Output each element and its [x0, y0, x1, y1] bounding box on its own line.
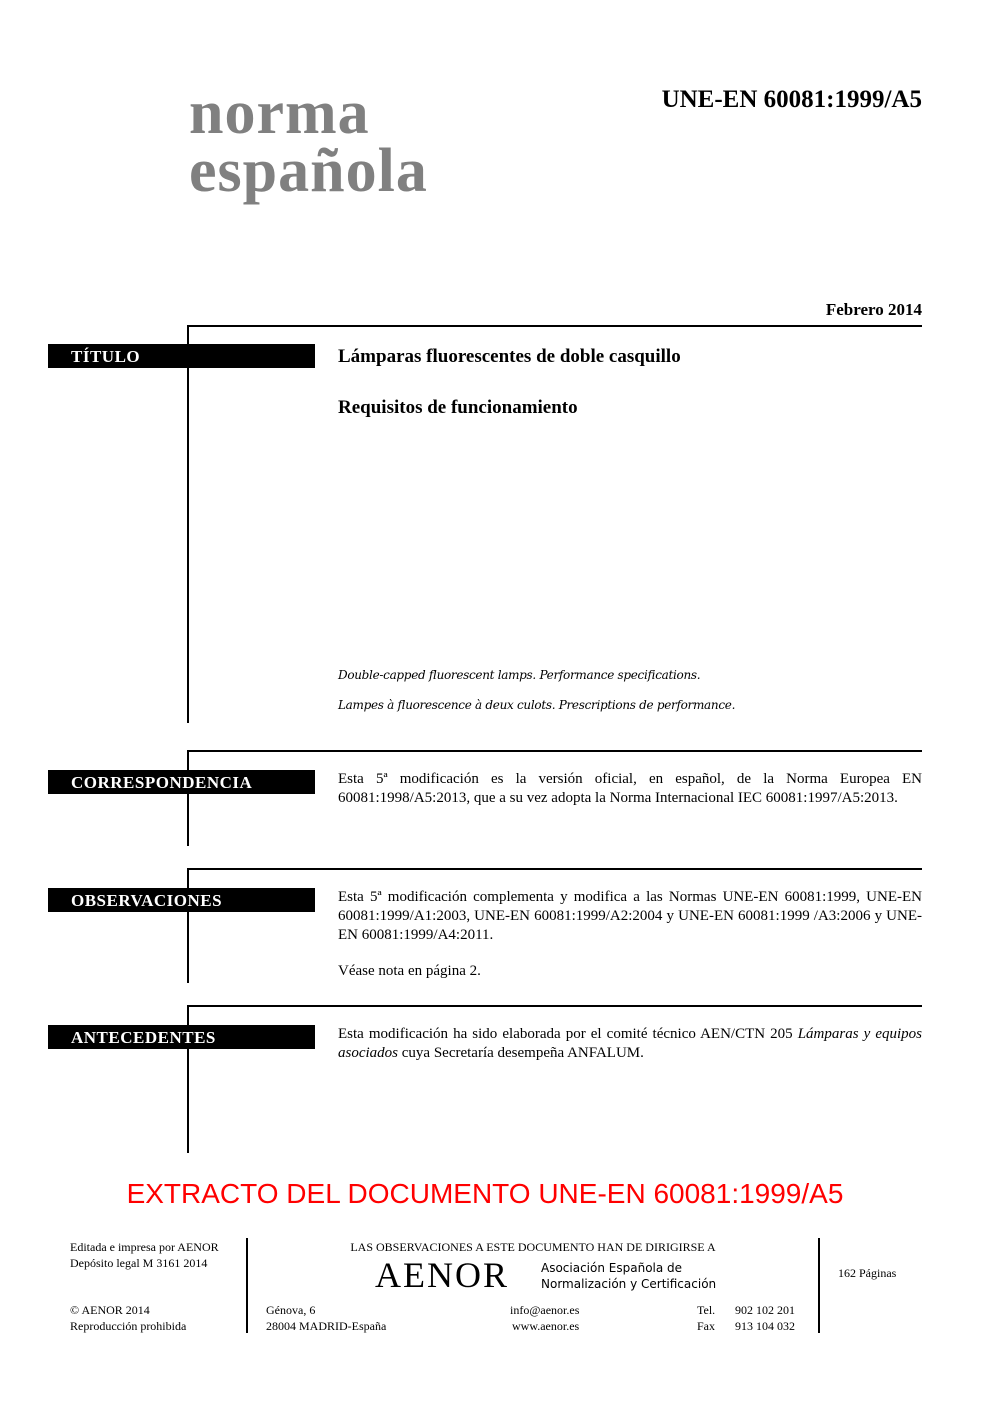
footer-divider-right: [818, 1238, 820, 1333]
org-name-line1: Asociación Española de: [541, 1260, 716, 1276]
aenor-logo: AENOR: [375, 1254, 509, 1296]
observaciones-text: Esta 5ª modificación complementa y modif…: [338, 888, 922, 945]
title-spanish-1: Lámparas fluorescentes de doble casquill…: [338, 346, 681, 368]
label-correspondencia: CORRESPONDENCIA: [48, 770, 315, 794]
footer-fax: 913 104 032: [735, 1318, 795, 1334]
section-vertical-line: [187, 750, 189, 846]
footer-edited-by: Editada e impresa por AENOR: [70, 1239, 219, 1255]
section-divider: [187, 1005, 922, 1007]
section-vertical-line: [187, 868, 189, 983]
footer-email[interactable]: info@aenor.es: [510, 1302, 579, 1318]
antecedentes-text: Esta modificación ha sido elaborada por …: [338, 1025, 922, 1063]
footer-website[interactable]: www.aenor.es: [512, 1318, 579, 1334]
title-english: Double-capped fluorescent lamps. Perform…: [338, 668, 700, 682]
extract-watermark: EXTRACTO DEL DOCUMENTO UNE-EN 60081:1999…: [0, 1178, 970, 1210]
footer-page-count: 162 Páginas: [838, 1265, 896, 1281]
label-observaciones: OBSERVACIONES: [48, 888, 315, 912]
section-divider: [187, 868, 922, 870]
title-french: Lampes à fluorescence à deux culots. Pre…: [338, 698, 735, 712]
aenor-org-name: Asociación Española de Normalización y C…: [541, 1260, 716, 1292]
footer-tel: 902 102 201: [735, 1302, 795, 1318]
label-titulo: TÍTULO: [48, 344, 315, 368]
standard-code: UNE-EN 60081:1999/A5: [662, 86, 922, 114]
brand-espanola: española: [189, 140, 428, 202]
section-divider: [187, 325, 922, 327]
label-antecedentes: ANTECEDENTES: [48, 1025, 315, 1049]
publication-date: Febrero 2014: [826, 300, 922, 320]
section-vertical-line: [187, 325, 189, 723]
section-divider: [187, 750, 922, 752]
footer-reproduction: Reproducción prohibida: [70, 1318, 186, 1334]
footer-fax-label: Fax: [697, 1318, 715, 1334]
antecedentes-text-end: cuya Secretaría desempeña ANFALUM.: [398, 1045, 644, 1061]
footer-address-2: 28004 MADRID-España: [266, 1318, 386, 1334]
observaciones-note: Véase nota en página 2.: [338, 962, 922, 981]
footer-observations-header: LAS OBSERVACIONES A ESTE DOCUMENTO HAN D…: [248, 1239, 818, 1255]
brand-norma: norma: [189, 82, 370, 144]
title-spanish-2: Requisitos de funcionamiento: [338, 397, 578, 419]
footer-tel-label: Tel.: [697, 1302, 715, 1318]
org-name-line2: Normalización y Certificación: [541, 1276, 716, 1292]
correspondencia-text: Esta 5ª modificación es la versión ofici…: [338, 770, 922, 808]
footer-copyright: © AENOR 2014: [70, 1302, 150, 1318]
footer-legal-deposit: Depósito legal M 3161 2014: [70, 1255, 207, 1271]
antecedentes-text-start: Esta modificación ha sido elaborada por …: [338, 1026, 798, 1042]
footer-address-1: Génova, 6: [266, 1302, 315, 1318]
